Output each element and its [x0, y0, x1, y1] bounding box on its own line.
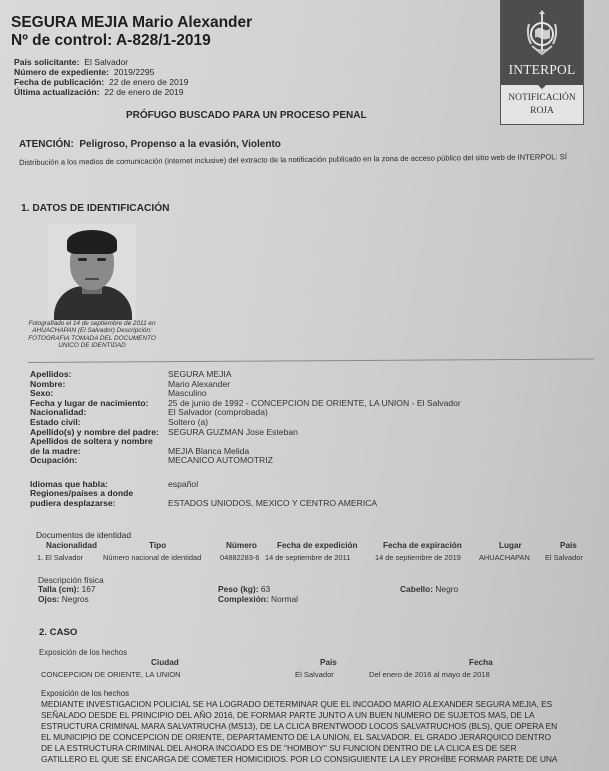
- physical-build: Complexión: Normal: [218, 594, 298, 604]
- case-facts-title: Exposición de los hechos: [39, 648, 127, 657]
- doc-header-place: Lugar: [499, 541, 522, 550]
- section-case-title: 2. CASO: [39, 627, 77, 638]
- narrative-title: Exposición de los hechos: [41, 690, 601, 699]
- physical-weight: Peso (kg): 63: [218, 584, 270, 594]
- narrative-line: DE LA ESTRUCTURA CRIMINAL DEL AHORA INCO…: [41, 743, 601, 754]
- narrative-line: SEÑALADO DESDE EL PRINCIPIO DEL AÑO 2016…: [41, 710, 601, 721]
- doc-header-type: Tipo: [149, 541, 166, 550]
- doc-header-country: País: [560, 541, 577, 550]
- meta-value: 2019/2295: [114, 67, 155, 77]
- field-value: SEGURA GUZMAN Jose Esteban: [168, 428, 298, 438]
- case-cell-city: CONCEPCION DE ORIENTE, LA UNION: [41, 670, 181, 679]
- field-value: ESTADOS UNIODOS, MEXICO Y CENTRO AMERICA: [168, 499, 377, 509]
- meta-value: 22 de enero de 2019: [109, 77, 188, 87]
- physical-eyes: Ojos: Negros: [38, 594, 89, 604]
- doc-header-number: Número: [226, 541, 257, 550]
- narrative-line: GATILLERO EL QUE SE ENCARGA DE COMETER H…: [41, 754, 601, 765]
- red-notice-document: SEGURA MEJIA Mario Alexander Nº de contr…: [0, 0, 609, 771]
- attention-warning: ATENCIÓN: Peligroso, Propenso a la evasi…: [19, 139, 281, 150]
- attention-label: ATENCIÓN:: [19, 139, 74, 150]
- case-header-country: País: [320, 658, 337, 667]
- meta-last-update: Última actualización: 22 de enero de 201…: [14, 88, 184, 98]
- photo-caption: Fotografiado el 14 de septiembre de 2011…: [26, 320, 158, 350]
- narrative-line: EL MUNICIPIO DE CONCEPCION DE ORIENTE, D…: [41, 732, 601, 743]
- case-narrative: Exposición de los hechos MEDIANTE INVEST…: [41, 690, 601, 765]
- person-name: SEGURA MEJIA Mario Alexander: [11, 14, 252, 32]
- notice-type-line2: ROJA: [501, 105, 583, 118]
- doc-header-nationality: Nacionalidad: [46, 541, 97, 550]
- distribution-note: Distribución a los medios de comunicació…: [19, 152, 594, 169]
- control-number: Nº de control: A-828/1-2019: [11, 32, 211, 50]
- doc-cell-number: 04882283-6: [220, 553, 259, 562]
- doc-header-expiry-date: Fecha de expiración: [383, 541, 462, 550]
- case-header-date: Fecha: [469, 658, 493, 667]
- field-label: Regiones/países a donde pudiera desplaza…: [30, 489, 133, 508]
- notice-type: NOTIFICACIÓN ROJA: [501, 92, 583, 118]
- narrative-line: MEDIANTE INVESTIGACION POLICIAL SE HA LO…: [41, 699, 601, 710]
- doc-cell-nationality: 1. El Salvador: [37, 553, 83, 562]
- doc-cell-country: El Salvador: [545, 553, 583, 562]
- section-identification-title: 1. DATOS DE IDENTIFICACIÓN: [21, 203, 169, 214]
- meta-label: Última actualización:: [14, 87, 99, 97]
- field-value: español: [168, 480, 198, 490]
- case-cell-date: Del enero de 2016 al mayo de 2018: [369, 670, 490, 679]
- badge-dark-panel: INTERPOL: [501, 0, 583, 85]
- doc-cell-place: AHUACHAPAN: [479, 553, 530, 562]
- case-cell-country: El Salvador: [295, 670, 334, 679]
- doc-cell-issue-date: 14 de septiembre de 2011: [265, 553, 350, 562]
- doc-cell-type: Número nacional de identidad: [103, 553, 201, 562]
- interpol-wordmark: INTERPOL: [501, 62, 583, 78]
- section-divider: [28, 359, 594, 363]
- meta-value: 22 de enero de 2019: [104, 87, 183, 97]
- meta-label: Número de expediente:: [14, 67, 109, 77]
- field-label: Apellidos de soltera y nombre de la madr…: [30, 437, 153, 456]
- meta-value: El Salvador: [84, 57, 128, 67]
- case-header-city: Ciudad: [151, 658, 179, 667]
- meta-label: País solicitante:: [14, 57, 79, 67]
- narrative-line: ESTRUCTURA CRIMINAL MARA SALVATRUCHA (MS…: [41, 721, 601, 732]
- field-label: Ocupación:: [30, 456, 77, 466]
- notice-type-line1: NOTIFICACIÓN: [501, 92, 583, 105]
- field-value: MECANICO AUTOMOTRIZ: [168, 456, 273, 466]
- interpol-emblem-icon: [523, 10, 561, 58]
- doc-cell-expiry-date: 14 de septiembre de 2019: [375, 553, 461, 562]
- attention-value: Peligroso, Propenso a la evasión, Violen…: [79, 139, 281, 150]
- suspect-photo: [48, 224, 136, 320]
- notice-subtitle: PRÓFUGO BUSCADO PARA UN PROCESO PENAL: [126, 110, 367, 121]
- doc-header-issue-date: Fecha de expedición: [277, 541, 358, 550]
- documents-title: Documentos de identidad: [36, 530, 131, 540]
- physical-height: Talla (cm): 167: [38, 584, 96, 594]
- interpol-red-notice-badge: INTERPOL NOTIFICACIÓN ROJA: [500, 0, 584, 125]
- badge-caret-icon: [538, 85, 546, 89]
- meta-label: Fecha de publicación:: [14, 77, 104, 87]
- physical-hair: Cabello: Negro: [400, 584, 458, 594]
